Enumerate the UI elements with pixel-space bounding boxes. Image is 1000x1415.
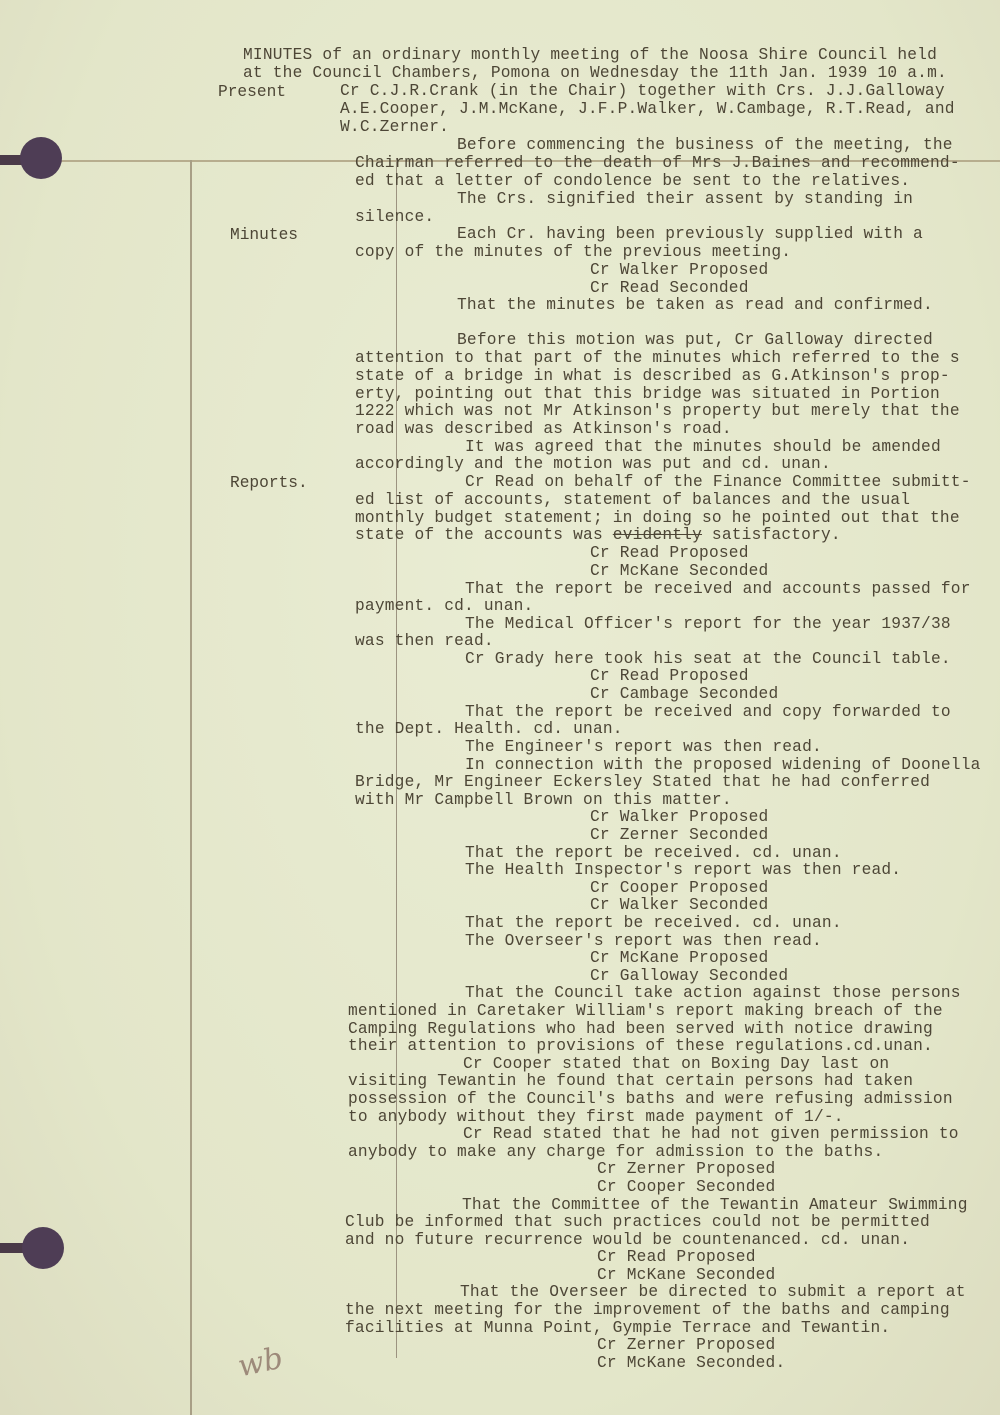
line-text: Cr Read stated that he had not given per… (463, 1125, 959, 1143)
text-line: Cr Read on behalf of the Finance Committ… (465, 474, 971, 492)
text-line: Cr McKane Seconded. (597, 1355, 785, 1373)
text-line: Cr Cambage Seconded (590, 686, 778, 704)
text-line: The Overseer's report was then read. (465, 933, 822, 951)
text-line: mentioned in Caretaker William's report … (348, 1003, 943, 1021)
header-line-1: MINUTES of an ordinary monthly meeting o… (243, 47, 937, 65)
line-text: Cr McKane Seconded. (597, 1354, 785, 1372)
text-line: the Dept. Health. cd. unan. (355, 721, 623, 739)
line-text: copy of the minutes of the previous meet… (355, 243, 791, 261)
line-text: the Dept. Health. cd. unan. (355, 720, 623, 738)
text-line: The Crs. signified their assent by stand… (457, 191, 913, 209)
text-line: Cr Grady here took his seat at the Counc… (465, 651, 951, 669)
text-line: the next meeting for the improvement of … (345, 1302, 950, 1320)
line-text: road was described as Atkinson's road. (355, 420, 732, 438)
line-text: It was agreed that the minutes should be… (465, 438, 941, 456)
text-line: was then read. (355, 633, 494, 651)
text-line: Cr Read Proposed (590, 545, 749, 563)
text-line: erty, pointing out that this bridge was … (355, 386, 940, 404)
line-text: That the report be received and copy for… (465, 703, 951, 721)
line-text: Cr McKane Seconded (590, 562, 768, 580)
line-text: That the Overseer be directed to submit … (460, 1283, 966, 1301)
text-line: and no future recurrence would be counte… (345, 1232, 910, 1250)
text-line: Cr Cooper Seconded (597, 1179, 775, 1197)
line-text: Cr Read Proposed (590, 667, 749, 685)
text-line: silence. (355, 209, 434, 227)
text-line: That the report be received. cd. unan. (465, 915, 842, 933)
text-line: Cr Walker Proposed (590, 809, 768, 827)
text-line: Cr Walker Proposed (590, 262, 768, 280)
text-line: That the Committee of the Tewantin Amate… (462, 1197, 968, 1215)
line-text: their attention to provisions of these r… (348, 1037, 933, 1055)
text-line: Cr McKane Seconded (597, 1267, 775, 1285)
line-text: Cr Zerner Seconded (590, 826, 768, 844)
punch-hole-icon (22, 1227, 64, 1269)
line-text: with Mr Campbell Brown on this matter. (355, 791, 732, 809)
line-text: That the report be received. cd. unan. (465, 844, 842, 862)
line-text: the next meeting for the improvement of … (345, 1301, 950, 1319)
text-line: Cr Read Seconded (590, 280, 749, 298)
line-text: possession of the Council's baths and we… (348, 1090, 953, 1108)
text-line: 1222 which was not Mr Atkinson's propert… (355, 403, 960, 421)
line-text: Chairman referred to the death of Mrs J.… (355, 154, 960, 172)
line-text: Cr Cooper stated that on Boxing Day last… (463, 1055, 889, 1073)
line-text: That the Committee of the Tewantin Amate… (462, 1196, 968, 1214)
line-text: Cr McKane Seconded (597, 1266, 775, 1284)
margin-label-minutes: Minutes (230, 226, 298, 244)
struck-word: evidently (613, 526, 702, 544)
text-line: visiting Tewantin he found that certain … (348, 1073, 913, 1091)
text-line: Bridge, Mr Engineer Eckersley Stated tha… (355, 774, 930, 792)
text-line: accordingly and the motion was put and c… (355, 456, 831, 474)
text-line: Camping Regulations who had been served … (348, 1021, 933, 1039)
line-text: Each Cr. having been previously supplied… (457, 225, 923, 243)
line-text: Cr Walker Proposed (590, 261, 768, 279)
text-line: road was described as Atkinson's road. (355, 421, 732, 439)
text-line: The Medical Officer's report for the yea… (465, 616, 951, 634)
line-text: Cr Cooper Proposed (590, 879, 768, 897)
line-text: That the report be received. cd. unan. (465, 914, 842, 932)
text-line: to anybody without they first made payme… (348, 1109, 844, 1127)
line-text: and no future recurrence would be counte… (345, 1231, 910, 1249)
line-text: That the report be received and accounts… (465, 580, 971, 598)
text-line: ed list of accounts, statement of balanc… (355, 492, 910, 510)
text-line: payment. cd. unan. (355, 598, 533, 616)
line-text: Cr Cooper Seconded (597, 1178, 775, 1196)
text-line: copy of the minutes of the previous meet… (355, 244, 791, 262)
line-text: ed list of accounts, statement of balanc… (355, 491, 910, 509)
line-text: Cr Zerner Proposed (597, 1336, 775, 1354)
margin-label-present: Present (218, 83, 286, 101)
line-text: was then read. (355, 632, 494, 650)
line-text: visiting Tewantin he found that certain … (348, 1072, 913, 1090)
margin-label-reports: Reports. (230, 474, 308, 492)
line-text: 1222 which was not Mr Atkinson's propert… (355, 402, 960, 420)
line-text: attention to that part of the minutes wh… (355, 349, 960, 367)
line-text: Cr Read Proposed (590, 544, 749, 562)
line-text: Bridge, Mr Engineer Eckersley Stated tha… (355, 773, 930, 791)
line-text: Cr Walker Proposed (590, 808, 768, 826)
margin-rule (190, 160, 192, 1415)
text-line: That the Council take action against tho… (465, 985, 961, 1003)
text-line: That the report be received. cd. unan. (465, 845, 842, 863)
text-line: The Engineer's report was then read. (465, 739, 822, 757)
text-line: Cr Read stated that he had not given per… (463, 1126, 959, 1144)
line-text: In connection with the proposed widening… (465, 756, 981, 774)
text-line: That the minutes be taken as read and co… (457, 297, 933, 315)
line-text: Cr Read on behalf of the Finance Committ… (465, 473, 971, 491)
text-line: In connection with the proposed widening… (465, 757, 981, 775)
line-text: That the Council take action against tho… (465, 984, 961, 1002)
line-text: Cr Read Proposed (597, 1248, 756, 1266)
header-line-2: at the Council Chambers, Pomona on Wedne… (243, 65, 947, 83)
text-line: Cr Read Proposed (590, 668, 749, 686)
line-text: That the minutes be taken as read and co… (457, 296, 933, 314)
text-line: Before this motion was put, Cr Galloway … (457, 332, 933, 350)
text-line: possession of the Council's baths and we… (348, 1091, 953, 1109)
text-line: Club be informed that such practices cou… (345, 1214, 930, 1232)
text-line: W.C.Zerner. (340, 119, 449, 137)
text-line: Chairman referred to the death of Mrs J.… (355, 155, 960, 173)
text-line: Cr Cooper stated that on Boxing Day last… (463, 1056, 889, 1074)
handwritten-initials: wb (235, 1341, 286, 1385)
line-text: ed that a letter of condolence be sent t… (355, 172, 910, 190)
text-line: Each Cr. having been previously supplied… (457, 226, 923, 244)
line-text: Cr Zerner Proposed (597, 1160, 775, 1178)
line-text: mentioned in Caretaker William's report … (348, 1002, 943, 1020)
fold-line (396, 158, 397, 1358)
text-line: Cr Read Proposed (597, 1249, 756, 1267)
line-text: Club be informed that such practices cou… (345, 1213, 930, 1231)
line-text: Cr Grady here took his seat at the Counc… (465, 650, 951, 668)
document-page: MINUTES of an ordinary monthly meeting o… (0, 0, 1000, 1415)
text-line: Before commencing the business of the me… (457, 137, 953, 155)
text-line: A.E.Cooper, J.M.McKane, J.F.P.Walker, W.… (340, 101, 955, 119)
line-text: accordingly and the motion was put and c… (355, 455, 831, 473)
text-line: Cr McKane Seconded (590, 563, 768, 581)
text-line: monthly budget statement; in doing so he… (355, 510, 960, 528)
text-line: That the report be received and accounts… (465, 581, 971, 599)
line-text: facilities at Munna Point, Gympie Terrac… (345, 1319, 890, 1337)
line-text: Cr Walker Seconded (590, 896, 768, 914)
text-line: attention to that part of the minutes wh… (355, 350, 960, 368)
line-text: Cr Read Seconded (590, 279, 749, 297)
line-text: monthly budget statement; in doing so he… (355, 509, 960, 527)
line-text-after: satisfactory. (702, 526, 841, 544)
text-line: facilities at Munna Point, Gympie Terrac… (345, 1320, 890, 1338)
text-line: Cr Galloway Seconded (590, 968, 788, 986)
text-line: their attention to provisions of these r… (348, 1038, 933, 1056)
text-line: Cr C.J.R.Crank (in the Chair) together w… (340, 83, 945, 101)
text-line: state of the accounts was evidently sati… (355, 527, 841, 545)
line-text: anybody to make any charge for admission… (348, 1143, 883, 1161)
text-line: Cr Zerner Proposed (597, 1161, 775, 1179)
text-line: Cr Walker Seconded (590, 897, 768, 915)
text-line: That the report be received and copy for… (465, 704, 951, 722)
line-text: Before commencing the business of the me… (457, 136, 953, 154)
line-text: Cr McKane Proposed (590, 949, 768, 967)
text-line: ed that a letter of condolence be sent t… (355, 173, 910, 191)
line-text: The Engineer's report was then read. (465, 738, 822, 756)
text-line: state of a bridge in what is described a… (355, 368, 950, 386)
line-text: Cr Galloway Seconded (590, 967, 788, 985)
text-line: The Health Inspector's report was then r… (465, 862, 901, 880)
text-line: Cr Cooper Proposed (590, 880, 768, 898)
line-text: to anybody without they first made payme… (348, 1108, 844, 1126)
punch-hole-icon (20, 137, 62, 179)
line-text: Cr Cambage Seconded (590, 685, 778, 703)
line-text: Cr C.J.R.Crank (in the Chair) together w… (340, 82, 945, 100)
line-text: Camping Regulations who had been served … (348, 1020, 933, 1038)
text-line: It was agreed that the minutes should be… (465, 439, 941, 457)
text-line: Cr Zerner Seconded (590, 827, 768, 845)
line-text: The Crs. signified their assent by stand… (457, 190, 913, 208)
line-text: state of a bridge in what is described a… (355, 367, 950, 385)
line-text: A.E.Cooper, J.M.McKane, J.F.P.Walker, W.… (340, 100, 955, 118)
line-text: payment. cd. unan. (355, 597, 533, 615)
line-text: silence. (355, 208, 434, 226)
text-line: Cr McKane Proposed (590, 950, 768, 968)
text-line: That the Overseer be directed to submit … (460, 1284, 966, 1302)
text-line: Cr Zerner Proposed (597, 1337, 775, 1355)
text-line: anybody to make any charge for admission… (348, 1144, 883, 1162)
line-text: The Health Inspector's report was then r… (465, 861, 901, 879)
line-text: Before this motion was put, Cr Galloway … (457, 331, 933, 349)
line-text: The Medical Officer's report for the yea… (465, 615, 951, 633)
line-text: state of the accounts was (355, 526, 603, 544)
text-line: with Mr Campbell Brown on this matter. (355, 792, 732, 810)
line-text: erty, pointing out that this bridge was … (355, 385, 940, 403)
line-text: W.C.Zerner. (340, 118, 449, 136)
line-text: The Overseer's report was then read. (465, 932, 822, 950)
